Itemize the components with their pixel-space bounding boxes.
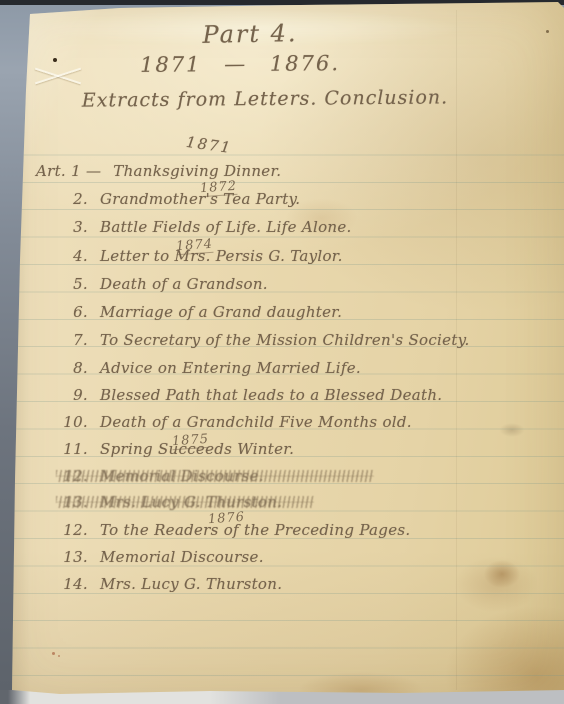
- entry-number: 12.: [36, 521, 88, 539]
- entry-title: Death of a Grandson.: [100, 275, 268, 293]
- entry-title: Memorial Discourse.: [100, 467, 264, 485]
- entry-title: Spring Succeeds Winter.: [100, 440, 294, 458]
- toc-row: 4. Letter to Mrs. Persis G. Taylor.: [36, 247, 343, 265]
- page-title: Part 4.: [120, 18, 380, 51]
- ink-speck: [58, 655, 60, 657]
- entry-title: Blessed Path that leads to a Blessed Dea…: [100, 386, 442, 404]
- entry-title: Death of a Grandchild Five Months old.: [100, 413, 412, 431]
- toc-row: 6. Marriage of a Grand daughter.: [36, 303, 342, 321]
- embossed-x-mark: [34, 62, 82, 90]
- toc-row: 11. Spring Succeeds Winter.: [36, 440, 294, 458]
- entry-title: Advice on Entering Married Life.: [100, 359, 361, 377]
- entry-number: 10.: [36, 413, 88, 431]
- toc-row: 13. Memorial Discourse.: [36, 548, 264, 566]
- entry-number: 4.: [36, 247, 88, 265]
- toc-row: 8. Advice on Entering Married Life.: [36, 359, 361, 377]
- entry-number: 5.: [36, 275, 88, 293]
- entry-title: To the Readers of the Preceding Pages.: [100, 521, 410, 539]
- entry-number: 6.: [36, 303, 88, 321]
- entry-title: Marriage of a Grand daughter.: [100, 303, 342, 321]
- ink-speck: [52, 652, 55, 655]
- entry-title: Thanksgiving Dinner.: [113, 162, 281, 180]
- date-range: 1871 — 1876.: [90, 51, 390, 78]
- toc-row: 2. Grandmother's Tea Party.: [36, 190, 300, 208]
- toc-row-crossed-out: 13. Mrs. Lucy G. Thurston.: [36, 493, 282, 511]
- entry-number: 9.: [36, 386, 88, 404]
- entry-number: 13.: [36, 548, 88, 566]
- entry-number: 13.: [36, 493, 88, 511]
- ink-speck: [546, 30, 549, 33]
- toc-row: 7. To Secretary of the Mission Children'…: [36, 331, 470, 349]
- entry-title: To Secretary of the Mission Children's S…: [100, 331, 470, 349]
- entry-number: 3.: [36, 218, 88, 236]
- toc-row: 9. Blessed Path that leads to a Blessed …: [36, 386, 442, 404]
- entry-number: Art. 1 —: [36, 162, 101, 180]
- entry-title: Battle Fields of Life. Life Alone.: [100, 218, 352, 236]
- scan-backdrop: Part 4. 1871 — 1876. Extracts from Lette…: [0, 0, 564, 704]
- entry-number: 14.: [36, 575, 88, 593]
- toc-row: 5. Death of a Grandson.: [36, 275, 268, 293]
- toc-row: 10. Death of a Grandchild Five Months ol…: [36, 413, 412, 431]
- toc-row: 3. Battle Fields of Life. Life Alone.: [36, 218, 352, 236]
- manuscript-page: Part 4. 1871 — 1876. Extracts from Lette…: [0, 0, 564, 704]
- toc-row: 12. To the Readers of the Preceding Page…: [36, 521, 410, 539]
- entry-number: 7.: [36, 331, 88, 349]
- page-subtitle: Extracts from Letters. Conclusion.: [55, 86, 475, 112]
- entry-number: 2.: [36, 190, 88, 208]
- entry-title: Memorial Discourse.: [100, 548, 264, 566]
- toc-row: 14. Mrs. Lucy G. Thurston.: [36, 575, 282, 593]
- entry-number: 8.: [36, 359, 88, 377]
- entry-title: Grandmother's Tea Party.: [100, 190, 300, 208]
- ruled-lines: [8, 128, 564, 690]
- entry-number: 12.: [36, 467, 88, 485]
- toc-row: Art. 1 — Thanksgiving Dinner.: [36, 162, 281, 180]
- entry-number: 11.: [36, 440, 88, 458]
- entry-title: Mrs. Lucy G. Thurston.: [100, 493, 282, 511]
- vertical-crease: [456, 10, 457, 690]
- entry-title: Letter to Mrs. Persis G. Taylor.: [100, 247, 343, 265]
- entry-title: Mrs. Lucy G. Thurston.: [100, 575, 282, 593]
- toc-row-crossed-out: 12. Memorial Discourse.: [36, 467, 264, 485]
